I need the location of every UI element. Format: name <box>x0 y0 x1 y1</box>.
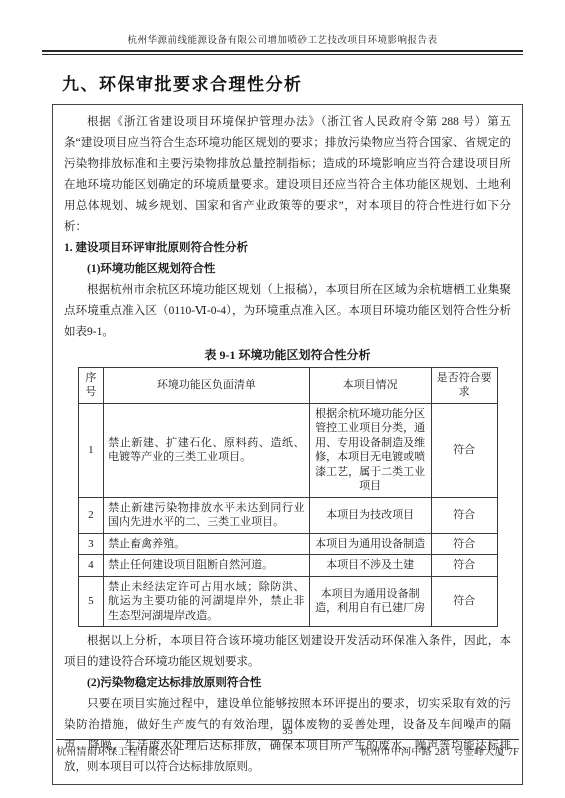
paragraph-function-zone: 根据杭州市余杭区环境功能区规划（上报稿），本项目所在区域为余杭塘栖工业集聚点环境… <box>64 280 511 343</box>
table-row: 4 禁止任何建设项目阻断自然河道。 本项目不涉及土建 符合 <box>78 555 497 577</box>
cell-compliance: 符合 <box>431 403 497 497</box>
page-title: 九、环保审批要求合理性分析 <box>62 70 565 95</box>
cell-compliance: 符合 <box>431 497 497 533</box>
cell-negative-list: 禁止新建、扩建石化、原料药、造纸、电镀等产业的三类工业项目。 <box>104 403 309 497</box>
column-header-negative-list: 环境功能区负面清单 <box>104 367 309 403</box>
content-border-box: 根据《浙江省建设项目环境保护管理办法》（浙江省人民政府令第 288 号）第五条“… <box>52 104 523 786</box>
column-header-project-situation: 本项目情况 <box>309 367 431 403</box>
table-caption: 表 9-1 环境功能区划符合性分析 <box>64 345 511 365</box>
cell-negative-list: 禁止任何建设项目阻断自然河道。 <box>104 555 309 577</box>
table-row: 5 禁止未经法定许可占用水域；除防洪、航运为主要功能的河湖堤岸外，禁止非生态型河… <box>78 576 497 627</box>
table-row: 3 禁止畜禽养殖。 本项目为通用设备制造 符合 <box>78 533 497 555</box>
cell-serial-no: 1 <box>78 403 104 497</box>
cell-serial-no: 2 <box>78 497 104 533</box>
table-header-row: 序号 环境功能区负面清单 本项目情况 是否符合要求 <box>78 367 497 403</box>
cell-serial-no: 5 <box>78 576 104 627</box>
cell-negative-list: 禁止新建污染物排放水平未达到同行业国内先进水平的二、三类工业项目。 <box>104 497 309 533</box>
cell-serial-no: 4 <box>78 555 104 577</box>
table-row: 2 禁止新建污染物排放水平未达到同行业国内先进水平的二、三类工业项目。 本项目为… <box>78 497 497 533</box>
cell-project-situation: 本项目不涉及土建 <box>309 555 431 577</box>
cell-negative-list: 禁止畜禽养殖。 <box>104 533 309 555</box>
header-divider-rule <box>42 50 523 55</box>
cell-project-situation: 根据余杭环境功能分区管控工业项目分类，通用、专用设备制造及维修，本项目无电镀或喷… <box>309 403 431 497</box>
section-heading-approval-principle: 1. 建设项目环评审批原则符合性分析 <box>64 238 511 259</box>
compliance-table: 序号 环境功能区负面清单 本项目情况 是否符合要求 1 禁止新建、扩建石化、原料… <box>78 367 498 628</box>
cell-compliance: 符合 <box>431 555 497 577</box>
cell-project-situation: 本项目为通用设备制造，利用自有已建厂房 <box>309 576 431 627</box>
column-header-serial-no: 序号 <box>78 367 104 403</box>
cell-project-situation: 本项目为技改项目 <box>309 497 431 533</box>
paragraph-regulation-intro: 根据《浙江省建设项目环境保护管理办法》（浙江省人民政府令第 288 号）第五条“… <box>64 112 511 238</box>
cell-negative-list: 禁止未经法定许可占用水域；除防洪、航运为主要功能的河湖堤岸外，禁止非生态型河湖堤… <box>104 576 309 627</box>
cell-compliance: 符合 <box>431 576 497 627</box>
cell-serial-no: 3 <box>78 533 104 555</box>
subsection-heading-function-zone: (1)环境功能区规划符合性 <box>64 259 511 280</box>
paragraph-zone-conclusion: 根据以上分析，本项目符合该环境功能区划建设开发活动环保准入条件，因此，本项目的建… <box>64 631 511 673</box>
column-header-compliance: 是否符合要求 <box>431 367 497 403</box>
cell-project-situation: 本项目为通用设备制造 <box>309 533 431 555</box>
subsection-heading-discharge: (2)污染物稳定达标排放原则符合性 <box>64 673 511 694</box>
page-footer: 35 杭州清雨环保工程有限公司 杭州市中河中路 281 号金峰大厦 7F <box>52 726 523 758</box>
running-header: 杭州华源前线能源设备有限公司增加喷砂工艺技改项目环境影响报告表 <box>42 32 523 50</box>
footer-address: 杭州市中河中路 281 号金峰大厦 7F <box>360 743 519 758</box>
page-number: 35 <box>52 726 523 738</box>
table-row: 1 禁止新建、扩建石化、原料药、造纸、电镀等产业的三类工业项目。 根据余杭环境功… <box>78 403 497 497</box>
cell-compliance: 符合 <box>431 533 497 555</box>
footer-company-name: 杭州清雨环保工程有限公司 <box>56 743 180 758</box>
